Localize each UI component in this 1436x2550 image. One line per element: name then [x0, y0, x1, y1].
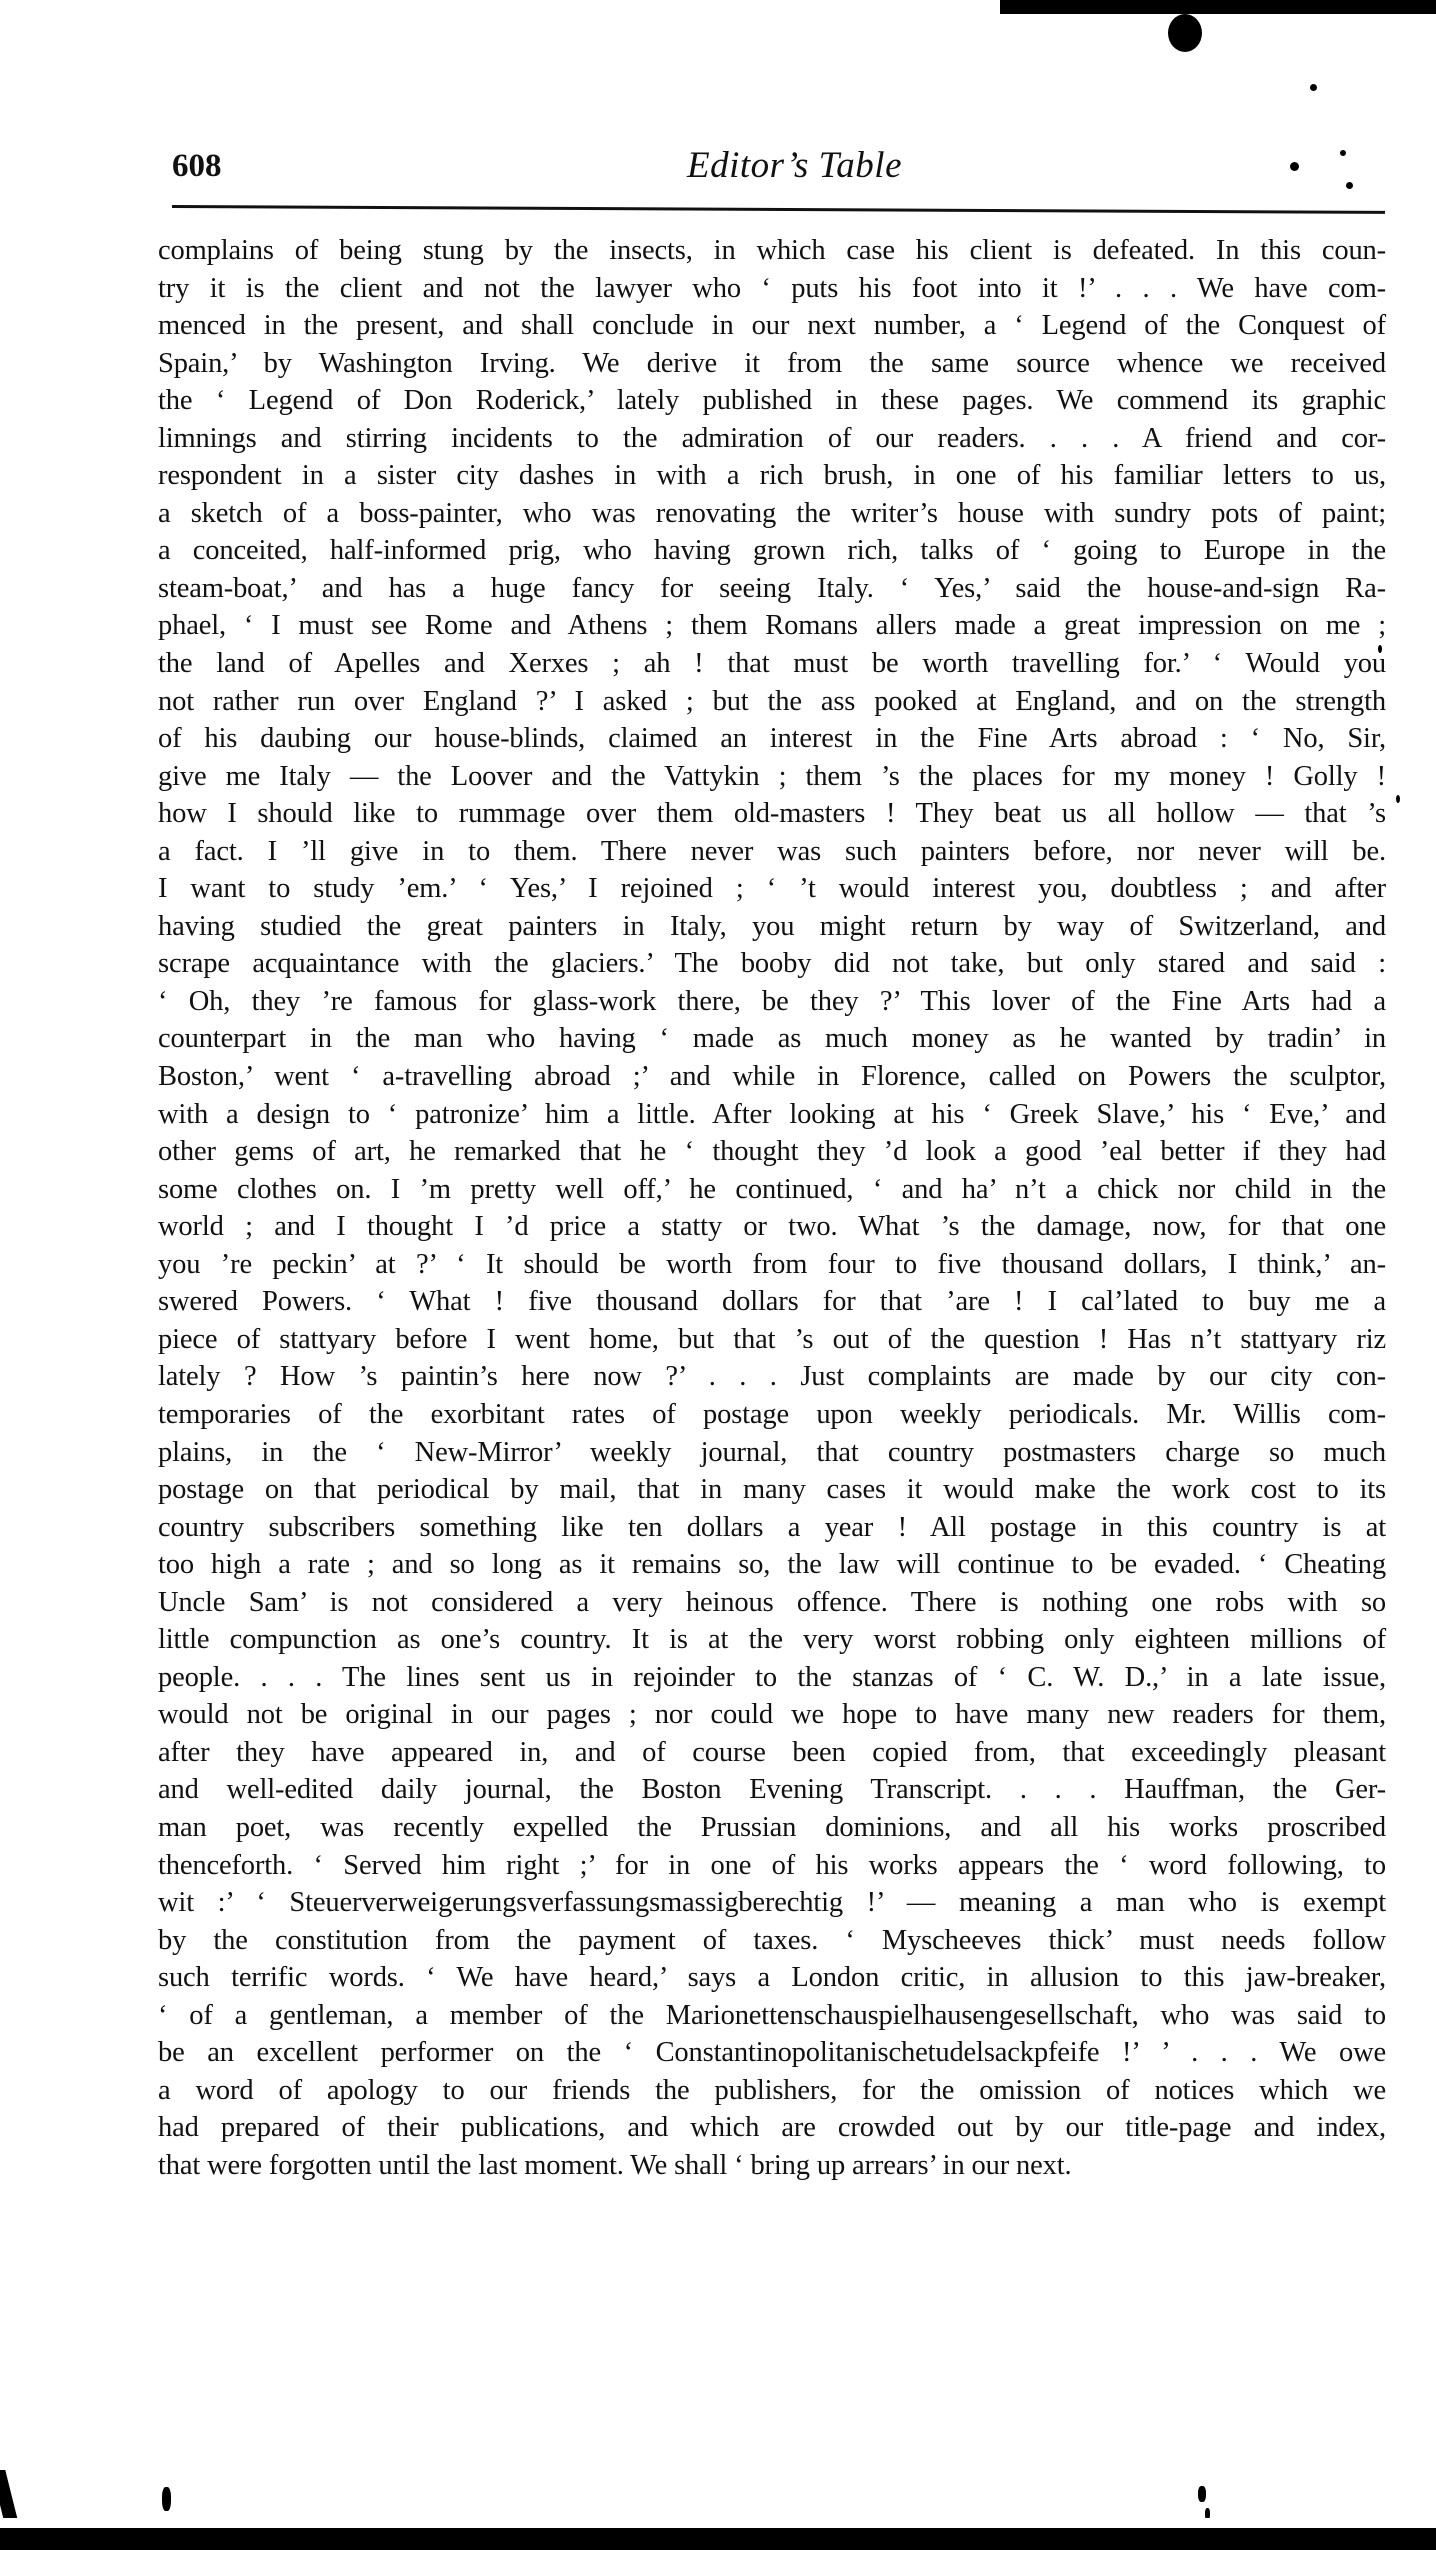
text-line: little compunction as one’s country. It … [158, 1621, 1386, 1659]
text-line: Spain,’ by Washington Irving. We derive … [158, 345, 1386, 383]
text-line: counterpart in the man who having ‘ made… [158, 1020, 1386, 1058]
text-line: scrape acquaintance with the glaciers.’ … [158, 945, 1386, 983]
ink-speck [1310, 84, 1317, 91]
text-line: postage on that periodical by mail, that… [158, 1471, 1386, 1509]
text-line: would not be original in our pages ; nor… [158, 1696, 1386, 1734]
text-line: ‘ Oh, they ’re famous for glass-work the… [158, 983, 1386, 1021]
text-line: limnings and stirring incidents to the a… [158, 420, 1386, 458]
text-line: and well-edited daily journal, the Bosto… [158, 1771, 1386, 1809]
text-line: you ’re peckin’ at ?’ ‘ It should be wor… [158, 1246, 1386, 1284]
text-line: the ‘ Legend of Don Roderick,’ lately pu… [158, 382, 1386, 420]
text-line: how I should like to rummage over them o… [158, 795, 1386, 833]
text-line: people. . . . The lines sent us in rejoi… [158, 1659, 1386, 1697]
ink-blot [1168, 14, 1202, 52]
text-line: other gems of art, he remarked that he ‘… [158, 1133, 1386, 1171]
header-rule [172, 205, 1385, 214]
text-line: ‘ of a gentleman, a member of the Marion… [158, 1997, 1386, 2035]
text-line: a sketch of a boss-painter, who was reno… [158, 495, 1386, 533]
scan-edge-bottom [0, 2518, 1436, 2550]
text-line: a conceited, half-informed prig, who hav… [158, 532, 1386, 570]
text-line: by the constitution from the payment of … [158, 1922, 1386, 1960]
text-line: phael, ‘ I must see Rome and Athens ; th… [158, 607, 1386, 645]
text-line: piece of stattyary before I went home, b… [158, 1321, 1386, 1359]
ink-speck [162, 2487, 171, 2511]
scan-edge-smudge [1000, 0, 1436, 14]
text-line: swered Powers. ‘ What ! five thousand do… [158, 1283, 1386, 1321]
text-line: give me Italy — the Loover and the Vatty… [158, 758, 1386, 796]
text-line: country subscribers something like ten d… [158, 1509, 1386, 1547]
text-line: temporaries of the exorbitant rates of p… [158, 1396, 1386, 1434]
text-line: thenceforth. ‘ Served him right ;’ for i… [158, 1847, 1386, 1885]
text-line: of his daubing our house-blinds, claimed… [158, 720, 1386, 758]
text-line: after they have appeared in, and of cour… [158, 1734, 1386, 1772]
text-line: respondent in a sister city dashes in wi… [158, 457, 1386, 495]
text-line: man poet, was recently expelled the Prus… [158, 1809, 1386, 1847]
text-line: with a design to ‘ patronize’ him a litt… [158, 1096, 1386, 1134]
text-line: steam-boat,’ and has a huge fancy for se… [158, 570, 1386, 608]
text-line: too high a rate ; and so long as it rema… [158, 1546, 1386, 1584]
text-line: that were forgotten until the last momen… [158, 2147, 1386, 2185]
ink-speck [1396, 795, 1400, 803]
text-line: menced in the present, and shall conclud… [158, 307, 1386, 345]
text-line: complains of being stung by the insects,… [158, 232, 1386, 270]
text-line: the land of Apelles and Xerxes ; ah ! th… [158, 645, 1386, 683]
text-line: such terrific words. ‘ We have heard,’ s… [158, 1959, 1386, 1997]
text-line: I want to study ’em.’ ‘ Yes,’ I rejoined… [158, 870, 1386, 908]
text-line: Uncle Sam’ is not considered a very hein… [158, 1584, 1386, 1622]
ink-speck [1198, 2486, 1206, 2502]
text-line: try it is the client and not the lawyer … [158, 270, 1386, 308]
text-line: Boston,’ went ‘ a-travelling abroad ;’ a… [158, 1058, 1386, 1096]
text-line: plains, in the ‘ New-Mirror’ weekly jour… [158, 1434, 1386, 1472]
running-head: 608 Editor’s Table [172, 140, 1387, 196]
text-line: some clothes on. I ’m pretty well off,’ … [158, 1171, 1386, 1209]
text-line: had prepared of their publications, and … [158, 2109, 1386, 2147]
text-line: wit :’ ‘ Steuerverweigerungsverfassungsm… [158, 1884, 1386, 1922]
text-line: world ; and I thought I ’d price a statt… [158, 1208, 1386, 1246]
text-line: a word of apology to our friends the pub… [158, 2072, 1386, 2110]
text-line: a fact. I ’ll give in to them. There nev… [158, 833, 1386, 871]
text-line: be an excellent performer on the ‘ Const… [158, 2034, 1386, 2072]
text-line: having studied the great painters in Ita… [158, 908, 1386, 946]
text-line: lately ? How ’s paintin’s here now ?’ . … [158, 1358, 1386, 1396]
body-text: complains of being stung by the insects,… [158, 232, 1386, 2184]
text-line: not rather run over England ?’ I asked ;… [158, 683, 1386, 721]
running-title: Editor’s Table [172, 144, 1387, 187]
